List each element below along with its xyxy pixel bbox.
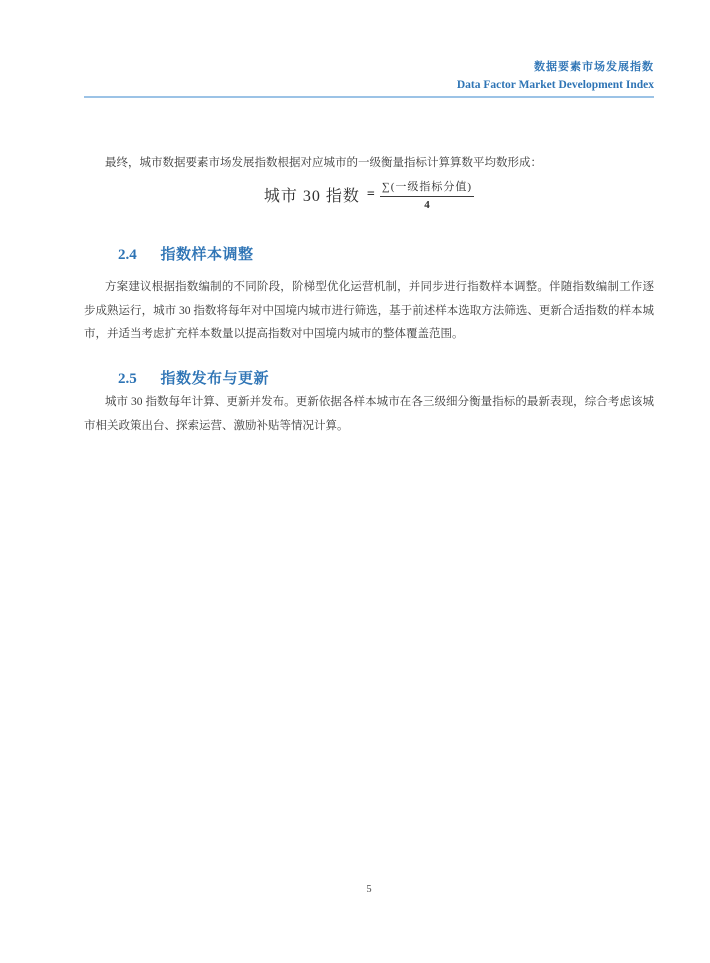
section-2-5-title: 指数发布与更新 [161,369,270,389]
section-2-5-body: 城市 30 指数每年计算、更新并发布。更新依据各样本城市在各三级细分衡量指标的最… [84,391,654,438]
header-title-en: Data Factor Market Development Index [84,79,654,91]
page-number: 5 [84,884,654,895]
section-2-4-title: 指数样本调整 [161,245,254,265]
formula-fraction: ∑(一级指标分值) 4 [380,178,474,211]
index-formula: 城市 30 指数 = ∑(一级指标分值) 4 [84,178,654,211]
section-2-4-heading: 2.4 指数样本调整 [118,245,254,265]
fraction-numerator: ∑(一级指标分值) [380,178,474,197]
formula-lhs: 城市 30 指数 [264,183,360,206]
formula-expression: 城市 30 指数 = ∑(一级指标分值) 4 [264,178,474,211]
page-header: 数据要素市场发展指数 Data Factor Market Developmen… [84,58,654,91]
section-2-5-number: 2.5 [118,369,137,389]
document-page: 数据要素市场发展指数 Data Factor Market Developmen… [0,0,710,963]
header-title-zh: 数据要素市场发展指数 [84,58,654,74]
formula-equals-sign: = [367,187,375,203]
section-2-5-heading: 2.5 指数发布与更新 [118,369,269,389]
section-2-4-number: 2.4 [118,245,137,265]
header-divider [84,96,654,98]
intro-paragraph: 最终，城市数据要素市场发展指数根据对应城市的一级衡量指标计算算数平均数形成： [84,152,654,176]
section-2-4-body: 方案建议根据指数编制的不同阶段，阶梯型优化运营机制，并同步进行指数样本调整。伴随… [84,276,654,347]
fraction-denominator: 4 [380,197,474,211]
